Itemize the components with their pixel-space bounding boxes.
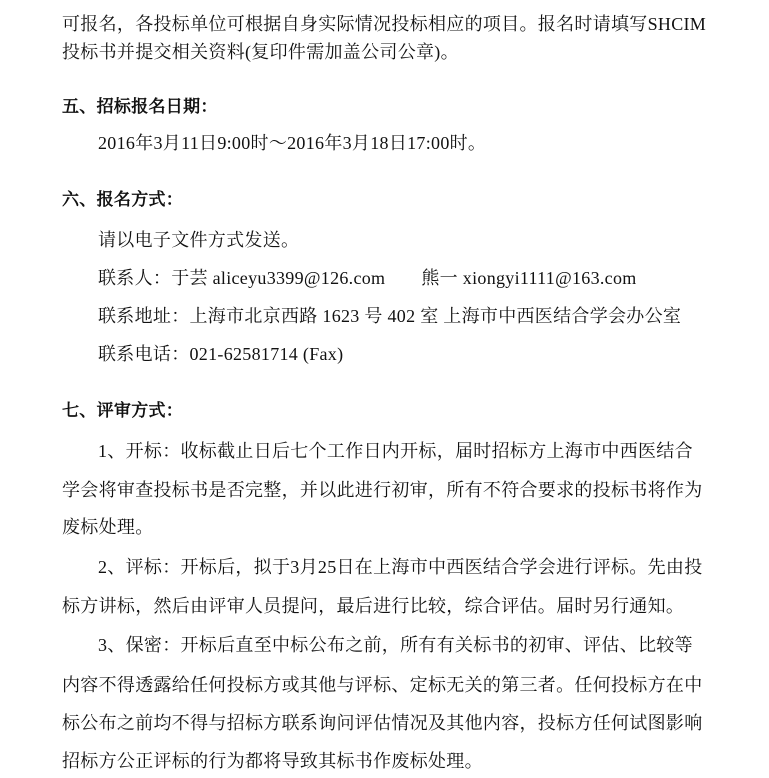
section-7-heading: 七、评审方式： [62,399,183,423]
contact-2-email[interactable]: xiongyi1111@163.com [463,268,637,288]
item-2-line-1: 2、评标：开标后，拟于3月25日在上海市中西医结合学会进行评标。先由投 [98,555,703,579]
item-1-line-1: 1、开标：收标截止日后七个工作日内开标，届时招标方上海市中西医结合 [98,439,693,463]
intro-line-1: 可报名，各投标单位可根据自身实际情况投标相应的项目。报名时请填写SHCIM [62,12,706,36]
submission-method: 请以电子文件方式发送。 [98,228,299,252]
contact-1-email[interactable]: aliceyu3399@126.com [213,268,386,288]
contact-2-name: 熊一 [421,268,458,288]
contact-address: 联系地址：上海市北京西路 1623 号 402 室 上海市中西医结合学会办公室 [98,304,681,328]
contacts-label: 联系人： [98,268,171,288]
registration-date-range: 2016年3月11日9:00时～2016年3月18日17:00时。 [98,131,486,155]
contacts-line: 联系人：于芸 aliceyu3399@126.com熊一 xiongyi1111… [98,266,637,290]
item-1-line-2: 学会将审查投标书是否完整，并以此进行初审，所有不符合要求的投标书将作为 [62,478,703,502]
item-1-line-3: 废标处理。 [62,515,154,539]
contact-1-name: 于芸 [171,268,208,288]
section-6-heading: 六、报名方式： [62,188,183,212]
intro-line-2: 投标书并提交相关资料(复印件需加盖公司公章)。 [62,40,459,64]
item-2-line-2: 标方讲标，然后由评审人员提问，最后进行比较，综合评估。届时另行通知。 [62,594,684,618]
item-3-line-2: 内容不得透露给任何投标方或其他与评标、定标无关的第三者。任何投标方在中 [62,673,703,697]
item-3-line-4: 招标方公正评标的行为都将导致其标书作废标处理。 [62,749,483,773]
contact-phone: 联系电话：021-62581714 (Fax) [98,342,343,366]
item-3-line-3: 标公布之前均不得与招标方联系询问评估情况及其他内容，投标方任何试图影响 [62,711,703,735]
item-3-line-1: 3、保密：开标后直至中标公布之前，所有有关标书的初审、评估、比较等 [98,633,693,657]
section-5-heading: 五、招标报名日期： [62,95,218,119]
